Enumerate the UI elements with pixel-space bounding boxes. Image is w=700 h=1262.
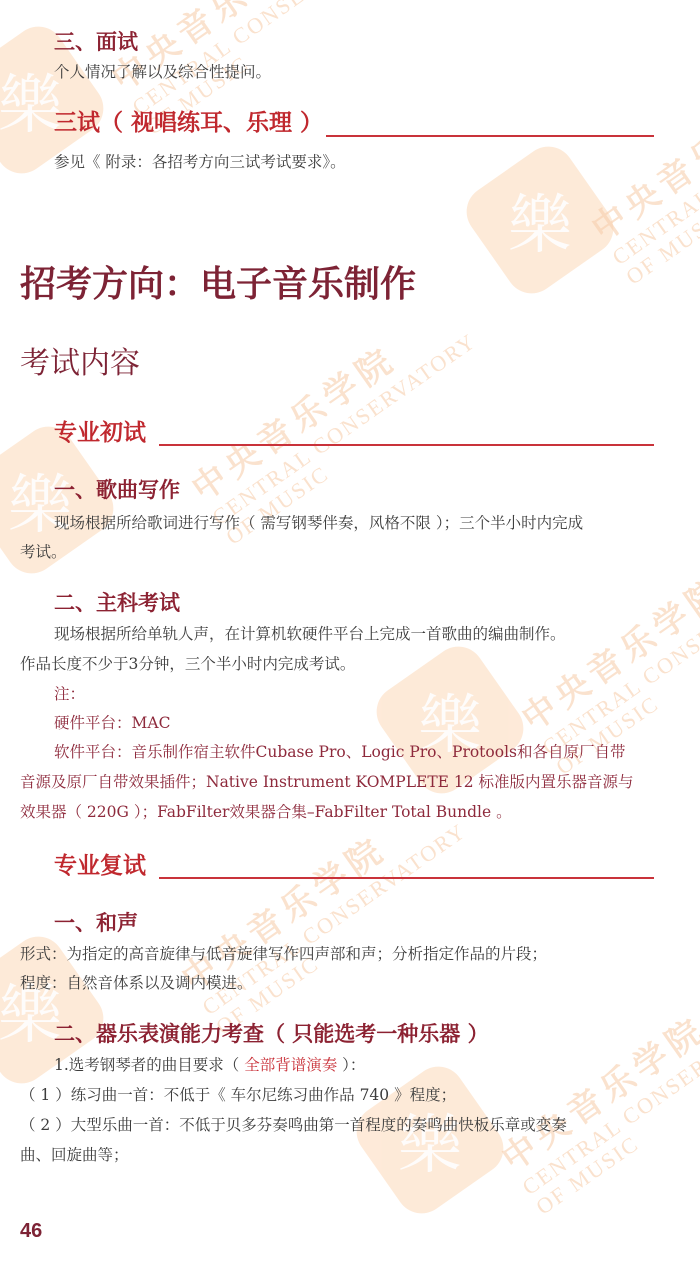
third-round-text: 参见《 附录：各招考方向三试考试要求》。 (54, 152, 346, 172)
item-text: 考试。 (20, 542, 67, 562)
item-text: 作品长度不少于3分钟，三个半小时内完成考试。 (20, 654, 355, 674)
item-heading: 二、主科考试 (54, 587, 180, 617)
third-round-heading: 三试（ 视唱练耳、乐理 ） (54, 104, 323, 137)
note-software: 音源及原厂自带效果插件；Native Instrument KOMPLETE 1… (20, 772, 634, 792)
watermark-text: 中央音乐学院CENTRAL CONSERVATORYOF MUSIC (580, 210, 700, 307)
piano-req-suffix: ）： (337, 1056, 365, 1074)
note-software: 效果器（ 220G ）；FabFilter效果器合集–FabFilter Tot… (20, 802, 512, 822)
section-subtitle: 考试内容 (20, 338, 140, 382)
item-heading: 二、器乐表演能力考查（ 只能选考一种乐器 ） (54, 1018, 489, 1048)
section-rule (326, 135, 654, 137)
watermark-logo-icon: 樂 (480, 160, 600, 280)
item-text: 曲、回旋曲等； (20, 1145, 129, 1165)
watermark-logo-icon: 樂 (390, 660, 510, 780)
item-text: （ 1 ）练习曲一首：不低于《 车尔尼练习曲作品 740 》程度； (20, 1085, 456, 1105)
page-title: 招考方向：电子音乐制作 (20, 256, 416, 307)
watermark-logo-icon: 樂 (0, 950, 90, 1070)
section-rule (159, 444, 654, 446)
note-software: 软件平台：音乐制作宿主软件Cubase Pro、Logic Pro、Protoo… (54, 742, 626, 762)
item-heading: 一、和声 (54, 907, 138, 937)
watermark-logo-icon: 樂 (0, 40, 90, 160)
interview-heading: 三、面试 (54, 26, 138, 56)
item-heading: 一、歌曲写作 (54, 474, 180, 504)
piano-req-prefix: 1.选考钢琴者的曲目要求（ (54, 1056, 244, 1074)
piano-req-highlight: 全部背谱演奏 (244, 1056, 337, 1074)
item-text: 程度：自然音体系以及调内模进。 (20, 973, 253, 993)
page-number: 46 (20, 1220, 42, 1243)
item-text: 现场根据所给歌词进行写作（ 需写钢琴伴奏，风格不限 ）；三个半小时内完成 (54, 513, 583, 533)
interview-text: 个人情况了解以及综合性提问。 (54, 62, 271, 82)
item-text: 现场根据所给单轨人声，在计算机软硬件平台上完成一首歌曲的编曲制作。 (54, 624, 566, 644)
preliminary-heading: 专业初试 (54, 414, 146, 447)
second-round-heading: 专业复试 (54, 847, 146, 880)
note-hardware: 硬件平台：MAC (54, 713, 170, 733)
item-text: 形式：为指定的高音旋律与低音旋律写作四声部和声；分析指定作品的片段； (20, 944, 547, 964)
watermark-text: 中央音乐学院CENTRAL CONSERVATORYOF MUSIC (490, 1140, 700, 1237)
item-text: （ 2 ）大型乐曲一首：不低于贝多芬奏鸣曲第一首程度的奏鸣曲快板乐章或变奏 (20, 1115, 567, 1135)
note-label: 注： (54, 684, 85, 704)
section-rule (159, 877, 654, 879)
piano-requirement: 1.选考钢琴者的曲目要求（ 全部背谱演奏 ）： (54, 1055, 365, 1075)
